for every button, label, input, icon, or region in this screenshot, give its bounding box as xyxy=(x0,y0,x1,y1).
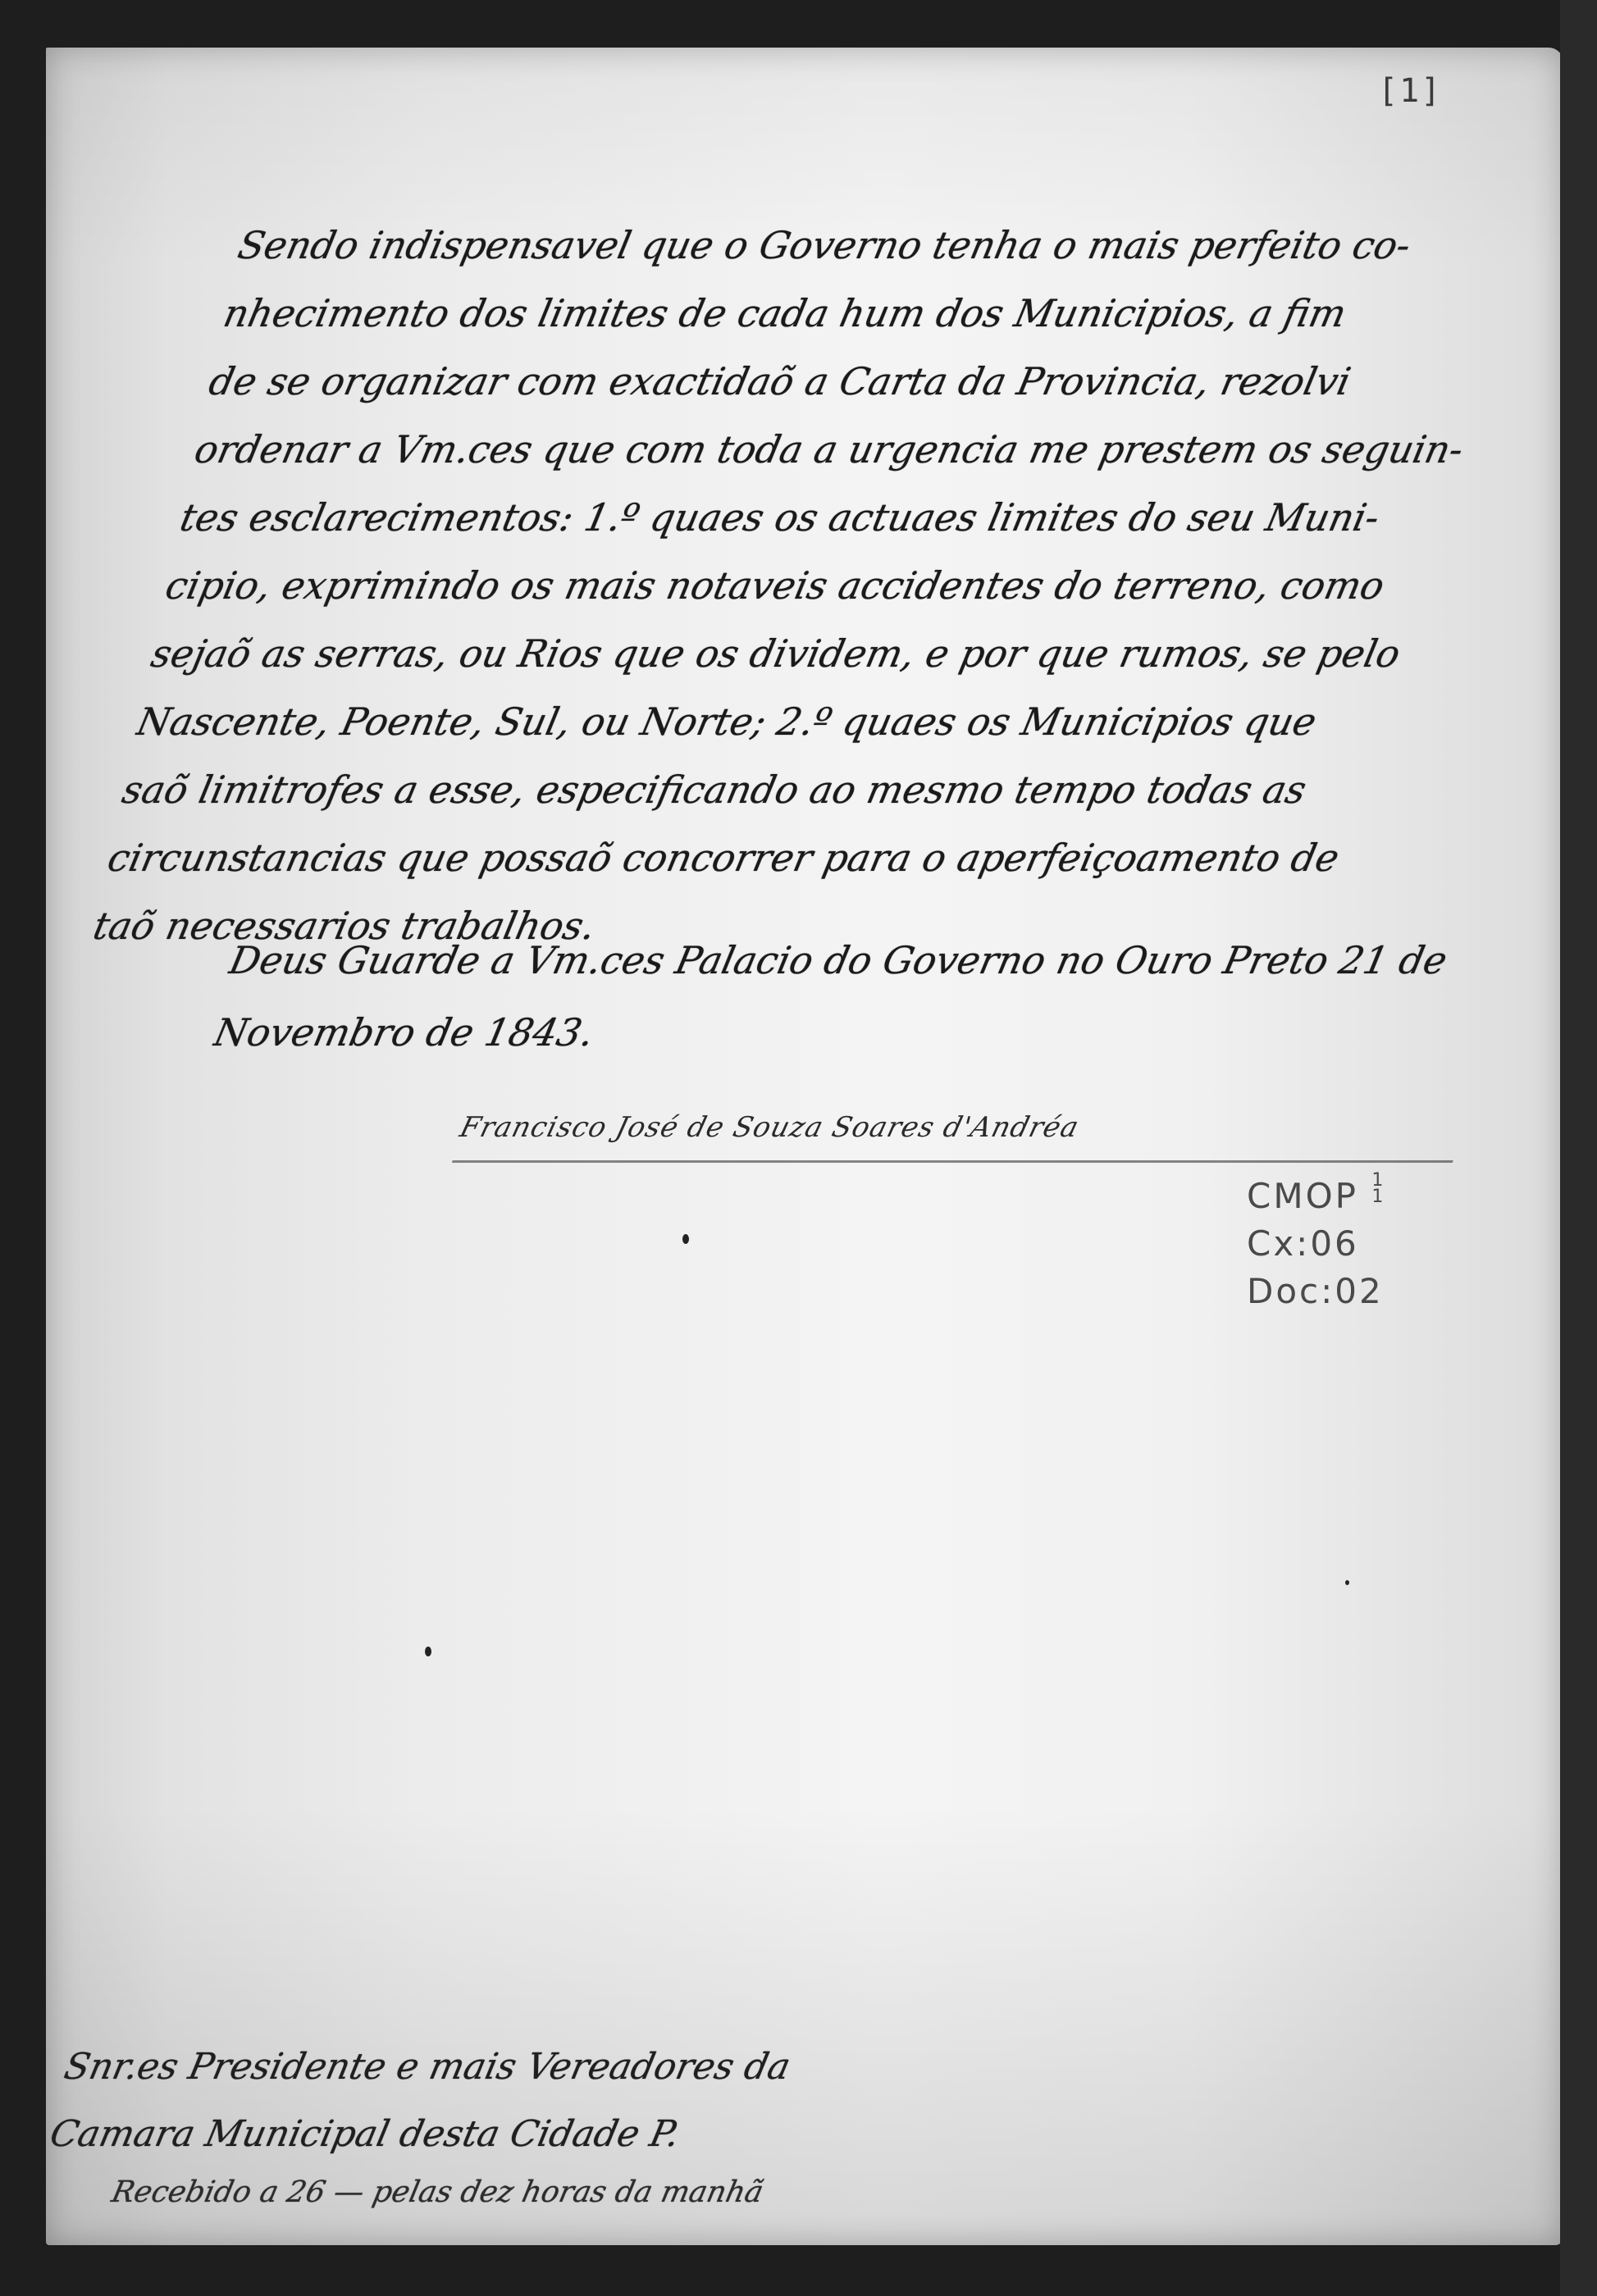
archive-box: Cx:06 xyxy=(1247,1220,1385,1268)
body-line: ordenar a Vm.ces que com toda a urgencia… xyxy=(188,416,1499,484)
archive-doc: Doc:02 xyxy=(1247,1268,1385,1315)
addressee-block: Snr.es Presidente e mais Vereadores da C… xyxy=(33,2034,1056,2217)
body-line: sejaõ as serras, ou Rios que os dividem,… xyxy=(145,620,1456,688)
date-line: Novembro de 1843. xyxy=(208,996,1535,1068)
scan-border xyxy=(1560,0,1597,2296)
body-line: circunstancias que possaõ concorrer para… xyxy=(102,824,1412,892)
archive-fund: CMOP 1 1 xyxy=(1247,1173,1385,1220)
ink-speck xyxy=(682,1234,689,1244)
letter-body: Sendo indispensavel que o Governo tenha … xyxy=(87,212,1542,960)
address-line: Camara Municipal desta Cidade P. xyxy=(43,2101,1042,2168)
signature: Francisco José de Souza Soares d'Andréa xyxy=(452,1103,1467,1163)
address-line: Snr.es Presidente e mais Vereadores da xyxy=(58,2034,1056,2101)
body-line: Sendo indispensavel que o Governo tenha … xyxy=(231,212,1542,280)
archive-label: CMOP 1 1 Cx:06 Doc:02 xyxy=(1247,1173,1385,1315)
letter-closing: Deus Guarde a Vm.ces Palacio do Governo … xyxy=(208,924,1550,1068)
body-line: saõ limitrofes a esse, especificando ao … xyxy=(116,756,1426,824)
body-line: Nascente, Poente, Sul, ou Norte; 2.º qua… xyxy=(130,688,1441,756)
archive-fraction: 1 1 xyxy=(1371,1173,1385,1205)
fraction-bottom: 1 xyxy=(1371,1187,1385,1207)
body-line: cipio, exprimindo os mais notaveis accid… xyxy=(159,552,1470,620)
body-line: nhecimento dos limites de cada hum dos M… xyxy=(217,280,1528,348)
body-line: tes esclarecimentos: 1.º quaes os actuae… xyxy=(174,484,1485,552)
receipt-note: Recebido a 26 — pelas dez horas da manhã xyxy=(33,2168,1028,2217)
ink-speck xyxy=(1345,1580,1349,1585)
body-line: de se organizar com exactidaõ a Carta da… xyxy=(203,348,1513,416)
closing-line: Deus Guarde a Vm.ces Palacio do Governo … xyxy=(222,924,1550,996)
document-scan: [1] Sendo indispensavel que o Governo te… xyxy=(0,0,1597,2296)
ink-speck xyxy=(425,1647,431,1656)
archive-fund-code: CMOP xyxy=(1247,1176,1358,1216)
page-number: [1] xyxy=(1378,72,1442,110)
